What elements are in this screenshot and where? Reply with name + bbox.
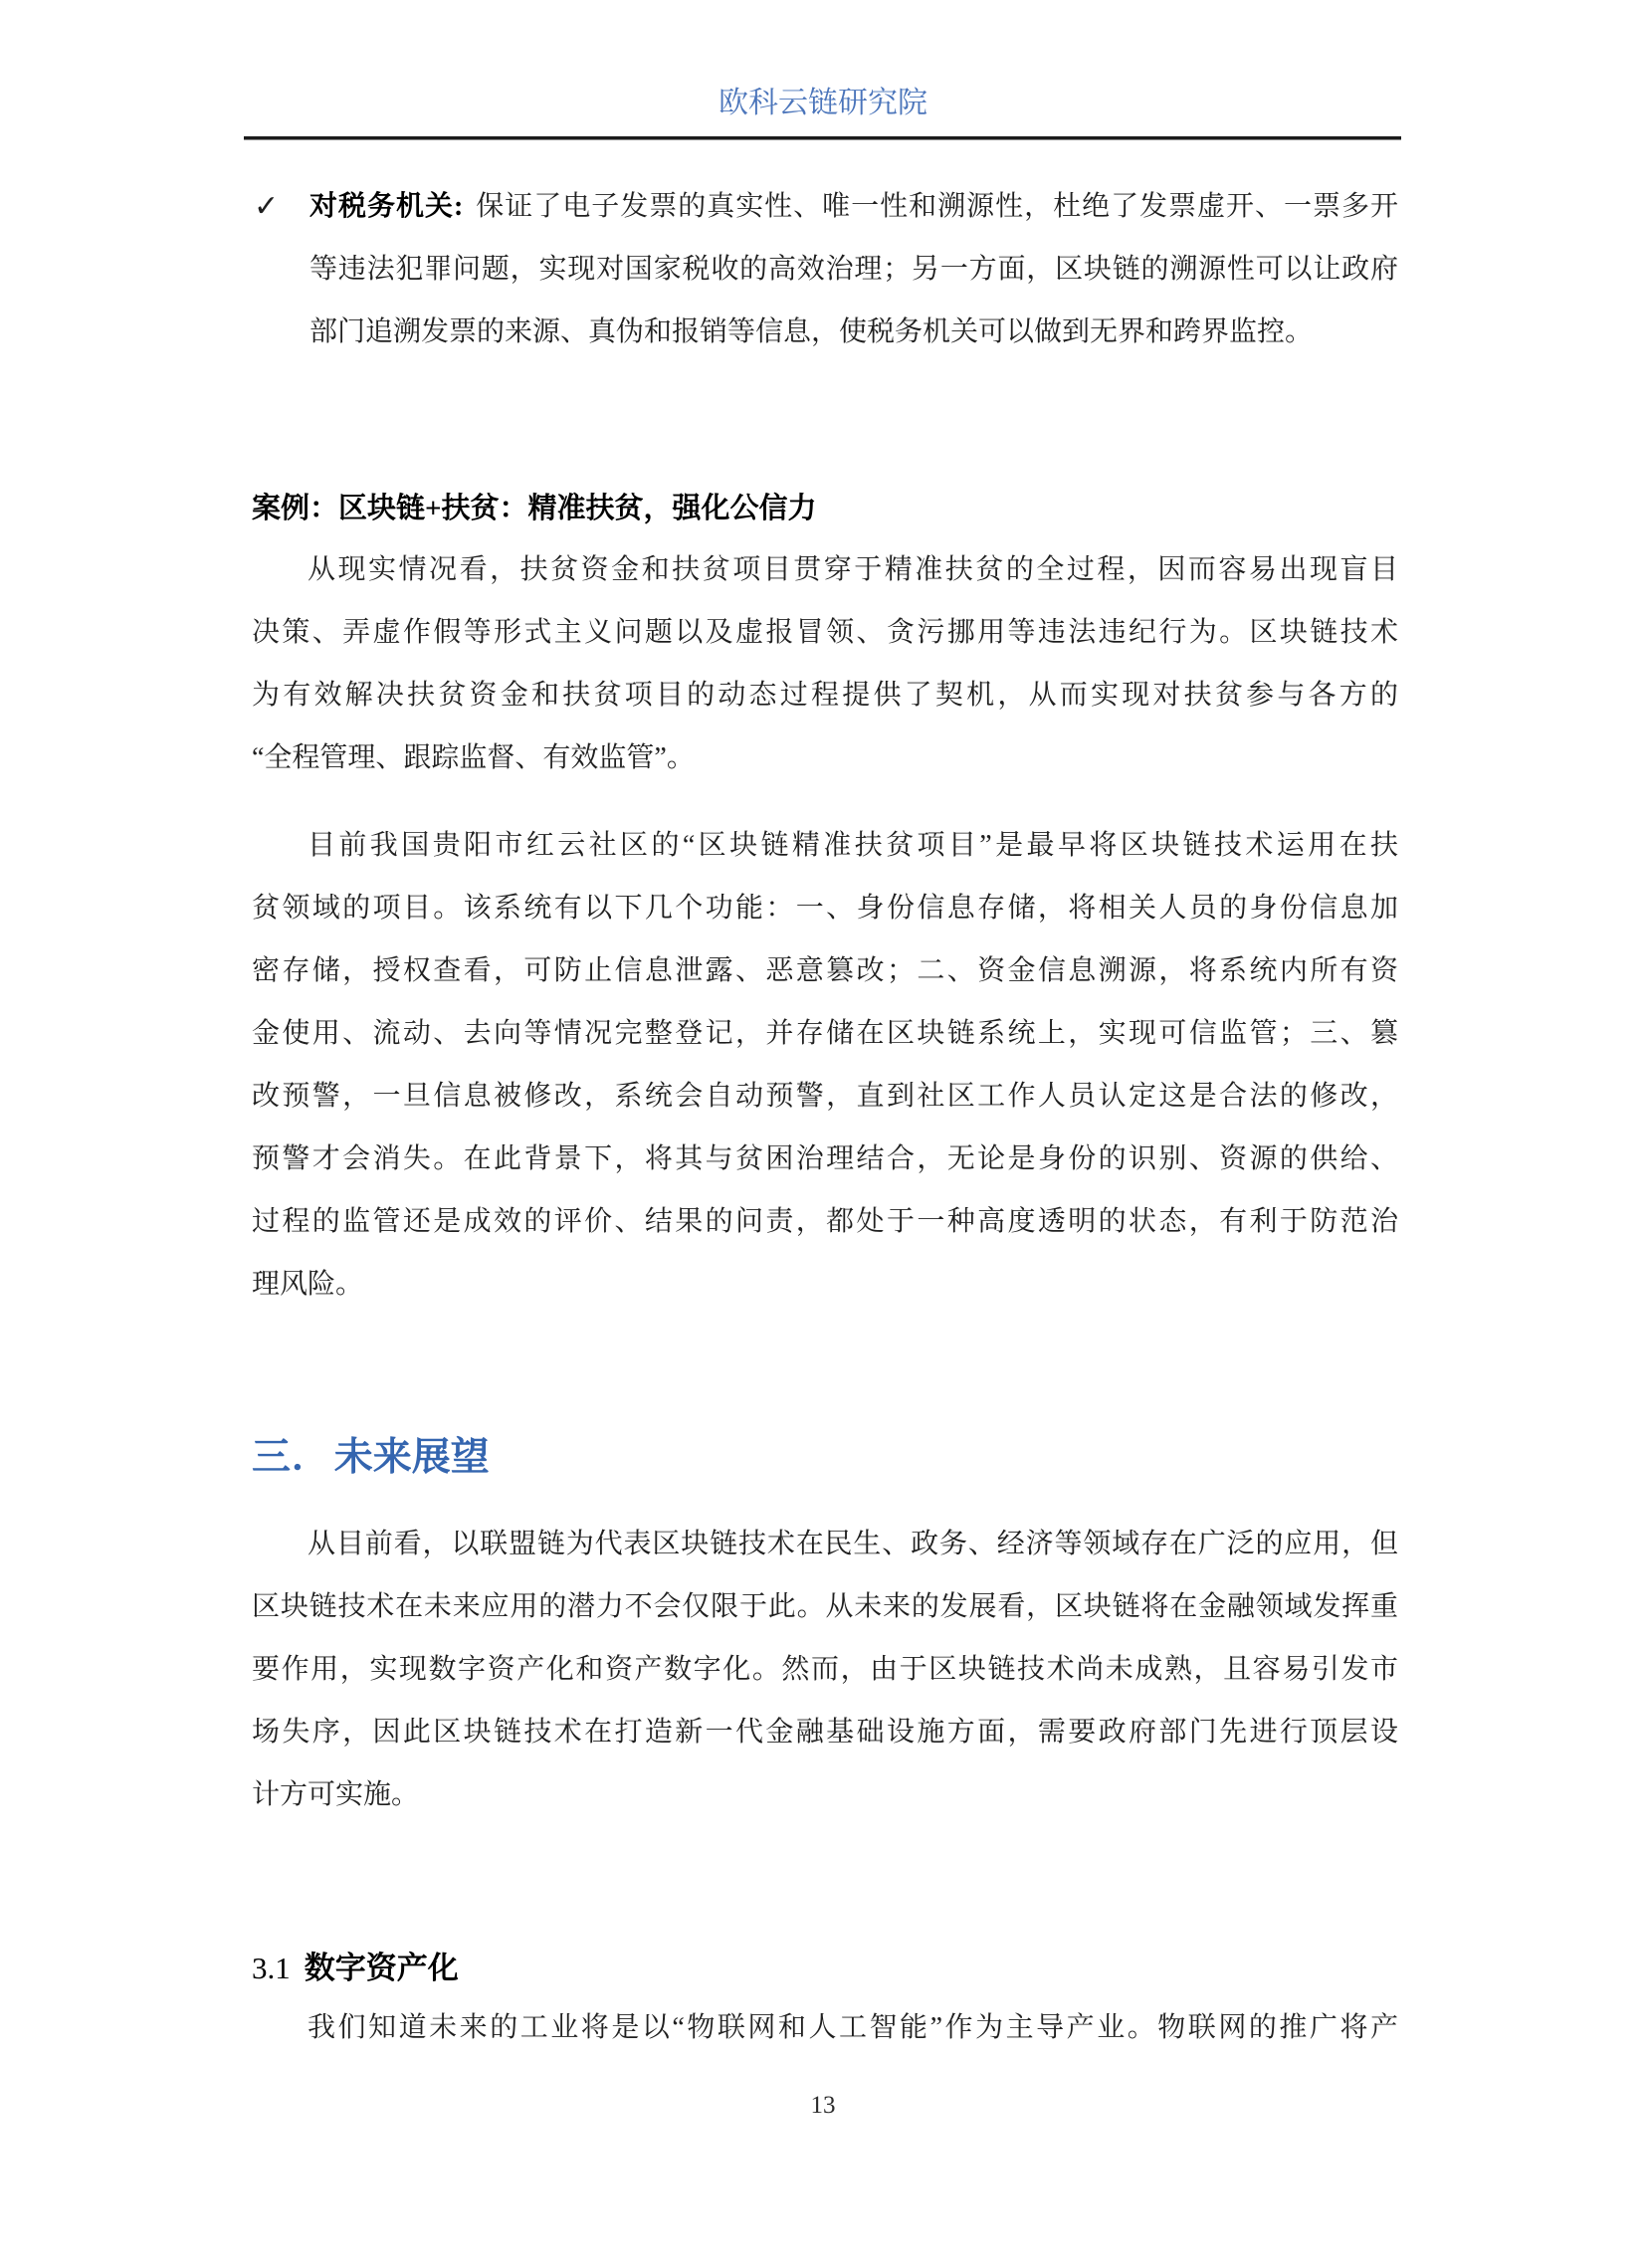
text-line: 贫领域的项目。该系统有以下几个功能：一、身份信息存储，将相关人员的身份信息加 — [252, 877, 1398, 939]
text-line: 计方可实施。 — [252, 1763, 1398, 1826]
text-line: 我们知道未来的工业将是以“物联网和人工智能”作为主导产业。物联网的推广将产 — [252, 1996, 1398, 2059]
bullet-line-text: 保证了电子发票的真实性、唯一性和溯源性，杜绝了发票虚开、一票多开 — [475, 191, 1398, 222]
text-line: 区块链技术在未来应用的潜力不会仅限于此。从未来的发展看，区块链将在金融领域发挥重 — [252, 1575, 1398, 1638]
text-line: 从目前看，以联盟链为代表区块链技术在民生、政务、经济等领域存在广泛的应用，但 — [252, 1513, 1398, 1575]
text-line: 为有效解决扶贫资金和扶贫项目的动态过程提供了契机，从而实现对扶贫参与各方的 — [252, 664, 1398, 726]
bullet-paragraph: 对税务机关:保证了电子发票的真实性、唯一性和溯源性，杜绝了发票虚开、一票多开 等… — [309, 175, 1398, 363]
digital-assets-paragraph: 我们知道未来的工业将是以“物联网和人工智能”作为主导产业。物联网的推广将产 — [252, 1996, 1398, 2059]
text-line: “全程管理、跟踪监督、有效监管”。 — [252, 726, 1398, 789]
bullet-line: 对税务机关:保证了电子发票的真实性、唯一性和溯源性，杜绝了发票虚开、一票多开 — [309, 175, 1398, 238]
text-line: 预警才会消失。在此背景下，将其与贫困治理结合，无论是身份的识别、资源的供给、 — [252, 1128, 1398, 1190]
bullet-label: 对税务机关: — [309, 191, 463, 222]
text-line: 密存储，授权查看，可防止信息泄露、恶意篡改；二、资金信息溯源，将系统内所有资 — [252, 939, 1398, 1002]
text-line: 要作用，实现数字资产化和资产数字化。然而，由于区块链技术尚未成熟，且容易引发市 — [252, 1638, 1398, 1701]
section-numeral: 三. — [252, 1436, 305, 1479]
header-rule — [244, 136, 1401, 140]
text-line: 目前我国贵阳市红云社区的“区块链精准扶贫项目”是最早将区块链技术运用在扶 — [252, 814, 1398, 877]
text-line: 过程的监管还是成效的评价、结果的问责，都处于一种高度透明的状态，有利于防范治 — [252, 1190, 1398, 1253]
subsection-title: 数字资产化 — [305, 1951, 459, 1985]
text-line: 改预警，一旦信息被修改，系统会自动预警，直到社区工作人员认定这是合法的修改， — [252, 1065, 1398, 1128]
case-paragraph-2: 目前我国贵阳市红云社区的“区块链精准扶贫项目”是最早将区块链技术运用在扶 贫领域… — [252, 814, 1398, 1316]
checkmark-icon: ✓ — [254, 175, 279, 238]
text-line: 场失序，因此区块链技术在打造新一代金融基础设施方面，需要政府部门先进行顶层设 — [252, 1701, 1398, 1763]
text-line: 金使用、流动、去向等情况完整登记，并存储在区块链系统上，实现可信监管；三、篡 — [252, 1002, 1398, 1065]
future-paragraph-1: 从目前看，以联盟链为代表区块链技术在民生、政务、经济等领域存在广泛的应用，但 区… — [252, 1513, 1398, 1826]
document-page: 欧科云链研究院 ✓ 对税务机关:保证了电子发票的真实性、唯一性和溯源性，杜绝了发… — [0, 0, 1646, 2268]
text-line: 从现实情况看，扶贫资金和扶贫项目贯穿于精准扶贫的全过程，因而容易出现盲目 — [252, 538, 1398, 601]
section-title: 未来展望 — [334, 1436, 490, 1479]
subsection-heading-digital-assets: 3.1数字资产化 — [252, 1937, 1398, 1999]
page-number: 13 — [0, 2090, 1646, 2122]
header-title: 欧科云链研究院 — [0, 84, 1646, 123]
text-line: 理风险。 — [252, 1253, 1398, 1316]
bullet-line: 等违法犯罪问题，实现对国家税收的高效治理；另一方面，区块链的溯源性可以让政府 — [309, 238, 1398, 301]
text-line: 决策、弄虚作假等形式主义问题以及虚报冒领、贪污挪用等违法违纪行为。区块链技术 — [252, 601, 1398, 664]
section-heading-future-outlook: 三.未来展望 — [252, 1420, 1398, 1496]
case-paragraph-1: 从现实情况看，扶贫资金和扶贫项目贯穿于精准扶贫的全过程，因而容易出现盲目 决策、… — [252, 538, 1398, 789]
case-study-heading: 案例：区块链+扶贫：精准扶贫，强化公信力 — [252, 478, 1398, 540]
subsection-number: 3.1 — [252, 1951, 291, 1985]
bullet-item-tax-authority: ✓ 对税务机关:保证了电子发票的真实性、唯一性和溯源性，杜绝了发票虚开、一票多开… — [252, 175, 1398, 363]
bullet-line: 部门追溯发票的来源、真伪和报销等信息，使税务机关可以做到无界和跨界监控。 — [309, 301, 1398, 363]
